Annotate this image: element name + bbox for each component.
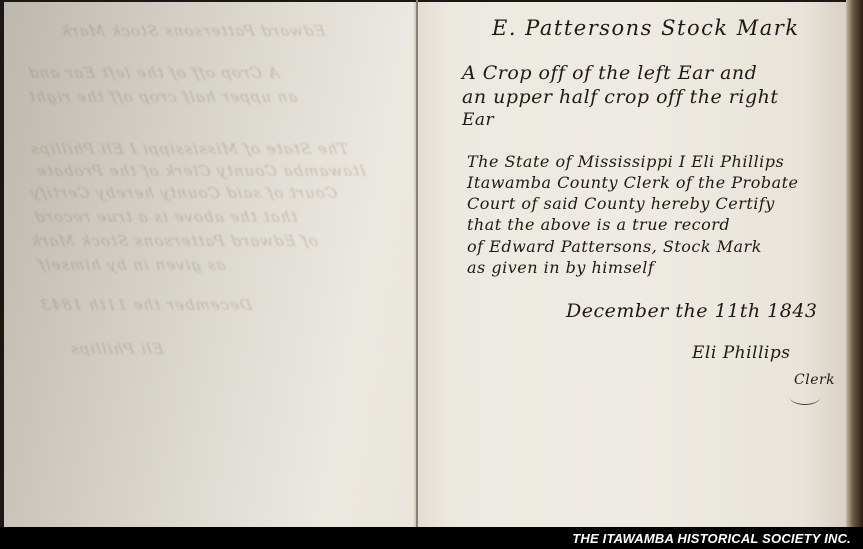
clerk-title: Clerk bbox=[794, 372, 835, 388]
certificate-line: of Edward Pattersons, Stock Mark bbox=[467, 237, 762, 256]
bleed-line: of Edward Pattersons Stock Mark bbox=[28, 232, 319, 250]
bleed-line: that the above is a true record bbox=[32, 208, 298, 226]
certificate-line: as given in by himself bbox=[467, 258, 654, 277]
bleed-line: The State of Mississippi I Eli Phillips bbox=[28, 140, 349, 158]
bleed-line: A Crop off of the left Ear and bbox=[26, 64, 280, 82]
record-date: December the 11th 1843 bbox=[566, 300, 818, 322]
stock-mark-description-line: A Crop off of the left Ear and bbox=[462, 62, 757, 84]
book-spread: Edward Pattersons Stock Mark A Crop off … bbox=[0, 0, 863, 527]
page-title: E. Pattersons Stock Mark bbox=[492, 16, 800, 40]
bleed-line: as given in by himself bbox=[36, 256, 226, 274]
certificate-line: The State of Mississippi I Eli Phillips bbox=[467, 152, 784, 171]
bleed-line: Court of said County hereby Certify bbox=[28, 184, 338, 202]
certificate-line: that the above is a true record bbox=[467, 215, 730, 234]
stock-mark-description-line: an upper half crop off the right bbox=[462, 86, 779, 108]
right-page-edge bbox=[846, 0, 863, 527]
bleed-line: an upper half crop off the right bbox=[26, 88, 298, 106]
bleed-line: December the 11th 1843 bbox=[38, 296, 253, 314]
bleed-line: Itawamba County Clerk of the Probate bbox=[34, 162, 367, 180]
bleed-line: Eli Phillips bbox=[68, 340, 165, 358]
stock-mark-description-line: Ear bbox=[462, 110, 494, 130]
bleed-line: Edward Pattersons Stock Mark bbox=[58, 22, 327, 40]
certificate-line: Court of said County hereby Certify bbox=[467, 194, 775, 213]
credit-text: THE ITAWAMBA HISTORICAL SOCIETY INC. bbox=[572, 531, 851, 546]
clerk-signature: Eli Phillips bbox=[692, 343, 790, 363]
certificate-line: Itawamba County Clerk of the Probate bbox=[467, 173, 799, 192]
signature-flourish-icon bbox=[790, 390, 820, 405]
